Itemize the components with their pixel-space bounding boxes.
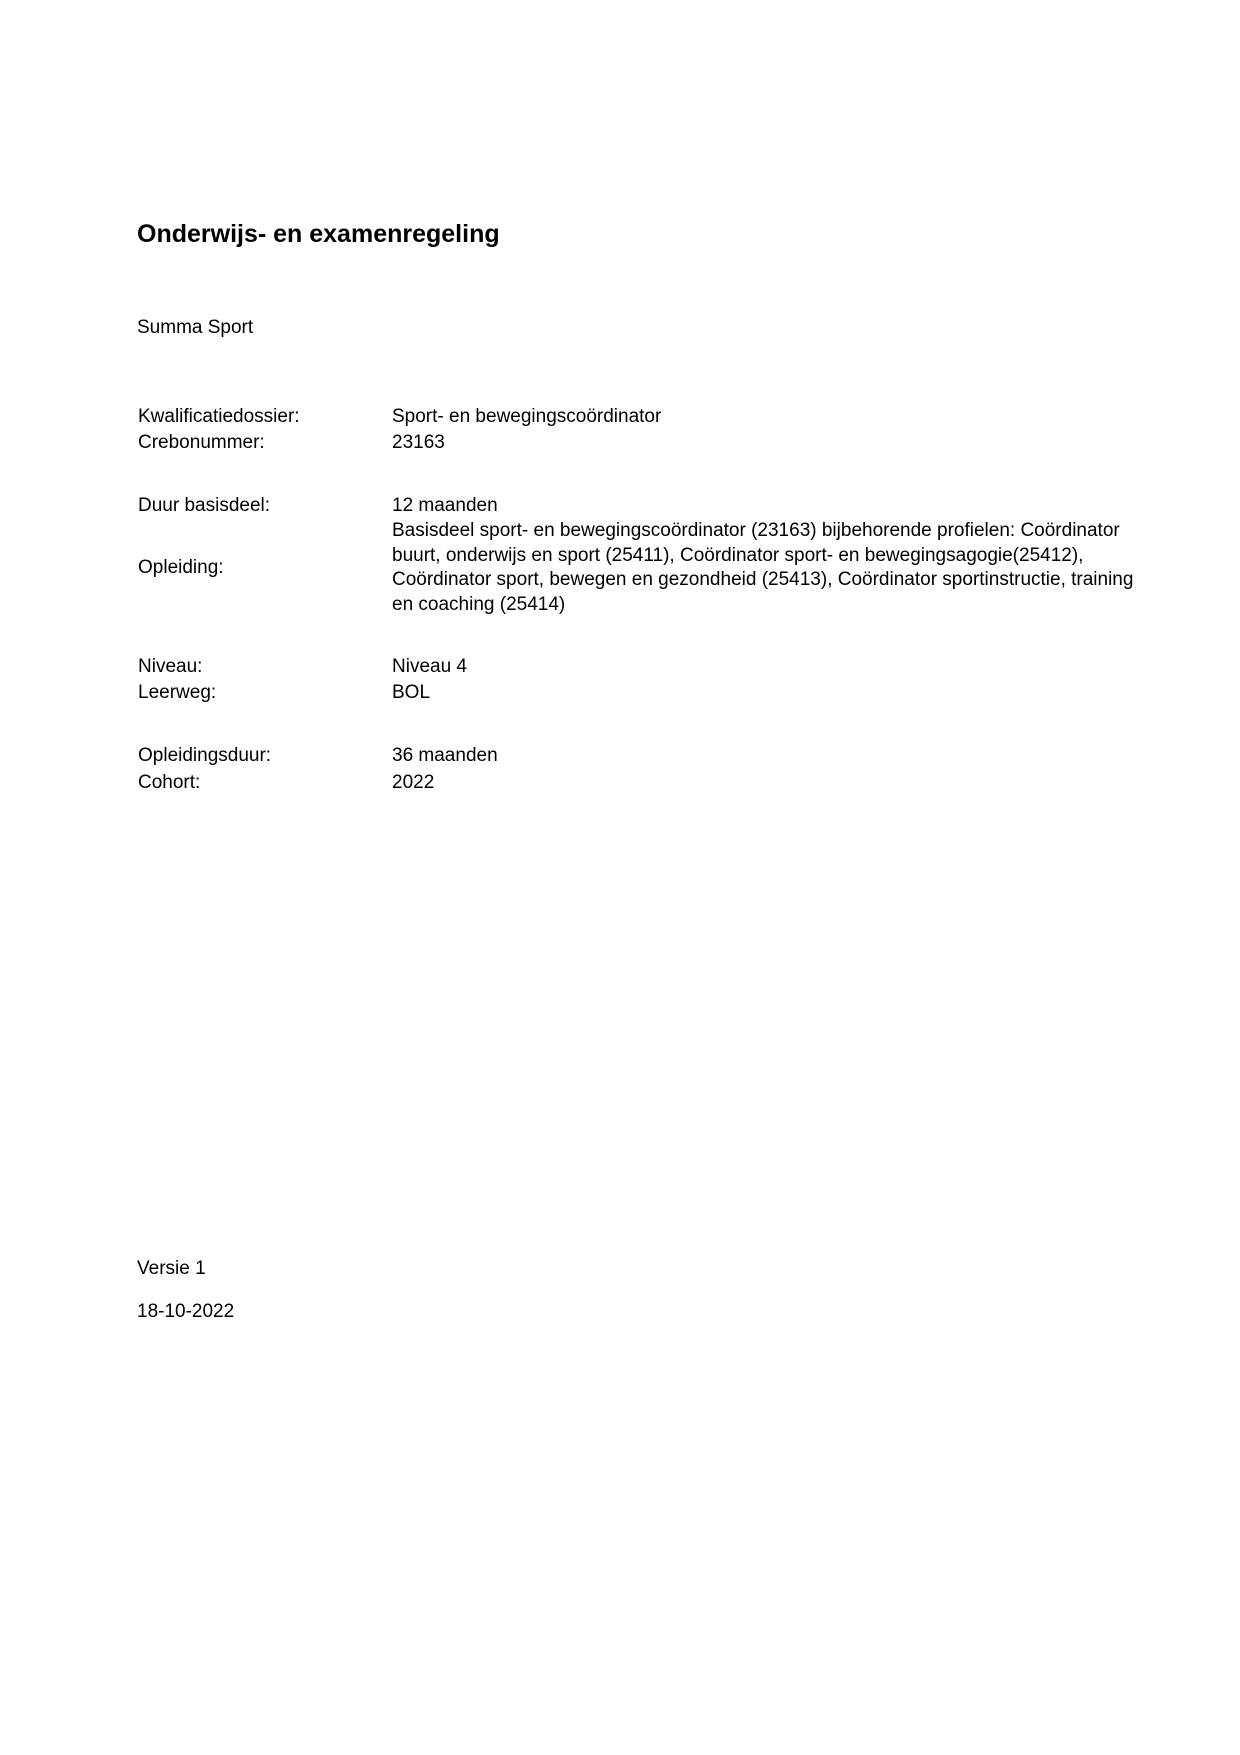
field-label: Crebonummer: bbox=[138, 430, 265, 456]
field-value: 12 maanden bbox=[392, 493, 498, 519]
field-value: Basisdeel sport- en bewegingscoördinator… bbox=[392, 519, 1152, 617]
field-label: Opleiding: bbox=[138, 555, 224, 581]
document-date: 18-10-2022 bbox=[137, 1300, 234, 1324]
field-value: Niveau 4 bbox=[392, 654, 467, 680]
field-label: Niveau: bbox=[138, 654, 202, 680]
field-value: 36 maanden bbox=[392, 743, 498, 769]
field-label: Duur basisdeel: bbox=[138, 493, 270, 519]
field-label: Kwalificatiedossier: bbox=[138, 404, 300, 430]
field-label: Opleidingsduur: bbox=[138, 743, 271, 769]
field-value: Sport- en bewegingscoördinator bbox=[392, 404, 661, 430]
field-label: Leerweg: bbox=[138, 680, 216, 706]
field-value: 2022 bbox=[392, 770, 434, 796]
field-value: 23163 bbox=[392, 430, 445, 456]
document-title: Onderwijs- en examenregeling bbox=[137, 219, 500, 249]
version-label: Versie 1 bbox=[137, 1257, 206, 1281]
field-label: Cohort: bbox=[138, 770, 200, 796]
organization-name: Summa Sport bbox=[137, 316, 253, 340]
field-value: BOL bbox=[392, 680, 430, 706]
